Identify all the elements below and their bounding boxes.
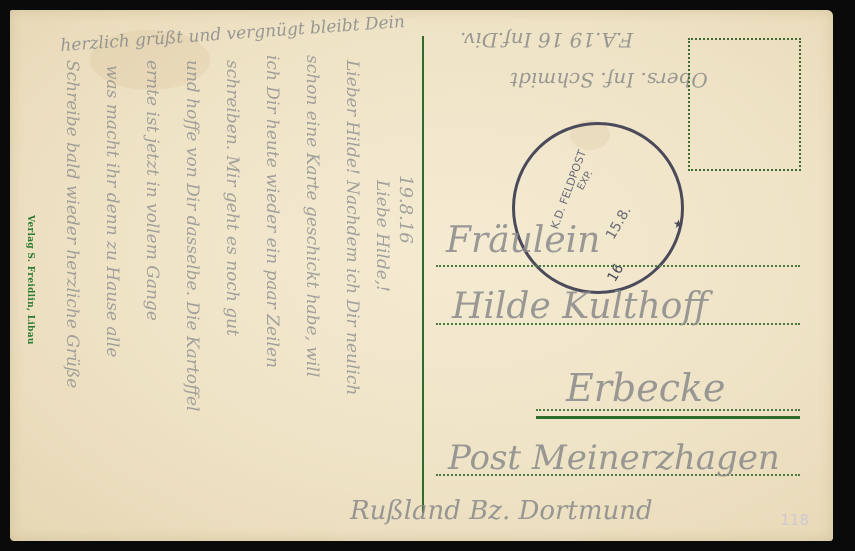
center-divider xyxy=(422,36,424,513)
postmark: K.D. FELDPOST EXP. 15.8. 16 ★ xyxy=(512,122,684,294)
message-area: 19.8.16 Liebe Hilde,! Lieber Hilde! Nach… xyxy=(30,10,420,541)
address-line-rule xyxy=(436,265,800,267)
message-line: Lieber Hilde! Nachdem ich Dir neulich xyxy=(342,60,362,395)
message-date: 19.8.16 xyxy=(395,175,416,244)
address-title: Fräulein xyxy=(446,220,600,261)
address-post: Post Meinerzhagen xyxy=(448,438,780,478)
address-underline xyxy=(536,416,800,419)
address-place: Erbecke xyxy=(566,366,726,410)
postmark-date: 15.8. xyxy=(603,204,635,243)
postcard-back: Verlag S. Freidlin, Libau 19.8.16 Liebe … xyxy=(10,10,833,541)
sender-line: Obers. Inf. Schmidt xyxy=(510,68,708,92)
message-line: ich Dir heute wieder ein paar Zeilen xyxy=(262,55,282,368)
message-top-margin: herzlich grüßt und vergnügt bleibt Dein xyxy=(60,12,406,56)
message-salutation: Liebe Hilde,! xyxy=(372,180,392,292)
address-region: Rußland Bz. Dortmund xyxy=(350,496,653,526)
message-line: schon eine Karte geschickt habe, will xyxy=(302,55,322,377)
message-line: ernte ist jetzt in vollem Gange xyxy=(142,60,162,321)
postmark-star-icon: ★ xyxy=(673,217,684,231)
message-line: und hoffe von Dir dasselbe. Die Kartoffe… xyxy=(182,60,202,411)
message-line: schreiben. Mir geht es noch gut xyxy=(222,60,242,336)
sender-line: F.A.19 16 Inf.Div. xyxy=(460,28,633,52)
message-line: Schreibe bald wieder herzliche Grüße xyxy=(62,60,82,388)
address-name: Hilde Kulthoff xyxy=(452,286,708,327)
inventory-number: 118 xyxy=(780,511,809,529)
message-line: was macht ihr denn zu Hause alle xyxy=(102,65,122,357)
stamp-box xyxy=(688,38,801,171)
